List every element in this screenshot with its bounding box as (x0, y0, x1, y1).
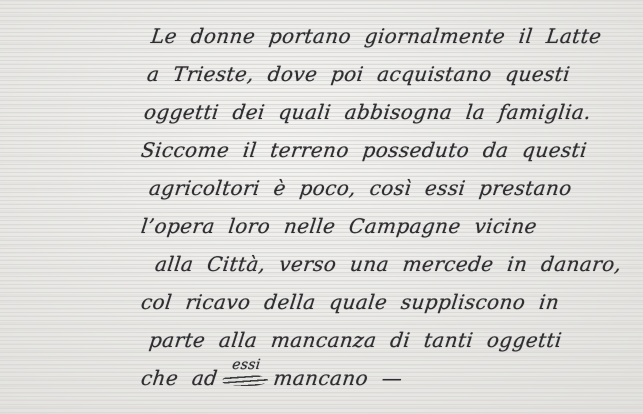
manuscript-line-6: l’opera loro nelle Campagne vicine (138, 214, 623, 252)
line-text: agricoltori è poco, così essi prestano (148, 176, 574, 200)
line-text: l’opera loro nelle Campagne vicine (140, 214, 539, 238)
correction-above-word: essi (231, 357, 261, 373)
line-text: alla Città, verso una mercede in danaro, (154, 252, 623, 276)
manuscript-line-2: a Trieste, dove poi acquistano questi (138, 62, 623, 100)
line-text: parte alla mancanza di tanti oggetti (148, 328, 564, 352)
ink-scribble-strikethrough (222, 375, 269, 386)
line-text: Le donne portano giornalmente il Latte (150, 24, 603, 48)
manuscript-line-7: alla Città, verso una mercede in danaro, (138, 252, 623, 290)
line-text: col ricavo della quale suppliscono in (140, 290, 561, 314)
last-line-suffix: mancano — (272, 366, 404, 390)
manuscript-line-8: col ricavo della quale suppliscono in (138, 290, 623, 328)
manuscript-line-4: Siccome il terreno posseduto da questi (138, 138, 623, 176)
line-text: Siccome il terreno posseduto da questi (140, 138, 589, 162)
manuscript-line-5: agricoltori è poco, così essi prestano (138, 176, 623, 214)
line-text: a Trieste, dove poi acquistano questi (146, 62, 572, 86)
manuscript-page: Le donne portano giornalmente il Latte a… (0, 0, 643, 414)
manuscript-line-1: Le donne portano giornalmente il Latte (138, 24, 623, 62)
last-line-prefix: che ad (140, 366, 219, 390)
manuscript-line-9: parte alla mancanza di tanti oggetti (138, 328, 623, 366)
manuscript-line-10: che adessimancano — (138, 366, 623, 404)
struck-out-word: essi (221, 372, 269, 390)
manuscript-text: Le donne portano giornalmente il Latte a… (138, 24, 618, 404)
manuscript-line-3: oggetti dei quali abbisogna la famiglia. (138, 100, 623, 138)
line-text: oggetti dei quali abbisogna la famiglia. (143, 100, 593, 124)
